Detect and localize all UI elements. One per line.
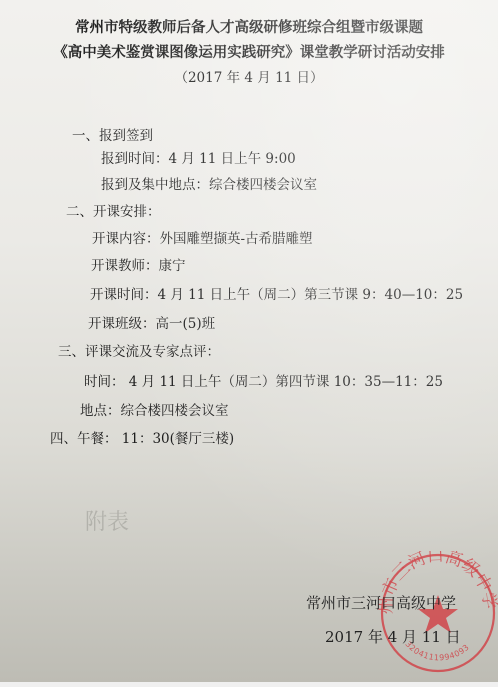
document-title-line2: 《高中美术鉴赏课图像运用实践研究》课堂教学研讨活动安排: [0, 41, 498, 62]
section-2-item-2: 开课教师：康宁: [91, 254, 186, 274]
section-3-item-2: 地点：综合楼四楼会议室: [80, 399, 229, 419]
section-2-item-3: 开课时间：4 月 11 日上午（周二）第三节课 9：40—10：25: [90, 283, 463, 303]
background-handwriting: 附表: [85, 505, 129, 536]
section-2-item-1: 开课内容：外国雕塑撷英-古希腊雕塑: [92, 227, 313, 247]
official-seal-icon: 州市三河口高级中学 3204111994093: [376, 551, 498, 675]
document-date: （2017 年 4 月 11 日）: [0, 66, 498, 86]
signature-date: 2017 年 4 月 11 日: [325, 626, 461, 647]
section-2-heading: 二、开课安排：: [66, 200, 161, 220]
section-1-item-1: 报到时间：4 月 11 日上午 9:00: [101, 147, 296, 167]
section-1-heading: 一、报到签到: [72, 124, 153, 144]
section-3-item-1: 时间： 4 月 11 日上午（周二）第四节课 10：35—11：25: [84, 370, 443, 390]
document-page: 常州市特级教师后备人才高级研修班综合组暨市级课题 《高中美术鉴赏课图像运用实践研…: [0, 0, 498, 682]
section-4-heading: 四、午餐： 11：30(餐厅三楼): [50, 427, 234, 447]
page-bottom-edge: [0, 682, 498, 687]
section-1-item-2: 报到及集中地点：综合楼四楼会议室: [101, 173, 317, 193]
signature-organization: 常州市三河口高级中学: [306, 592, 456, 613]
document-title-line1: 常州市特级教师后备人才高级研修班综合组暨市级课题: [0, 16, 498, 37]
section-3-heading: 三、评课交流及专家点评：: [58, 340, 220, 360]
section-2-item-4: 开课班级：高一(5)班: [88, 312, 215, 332]
